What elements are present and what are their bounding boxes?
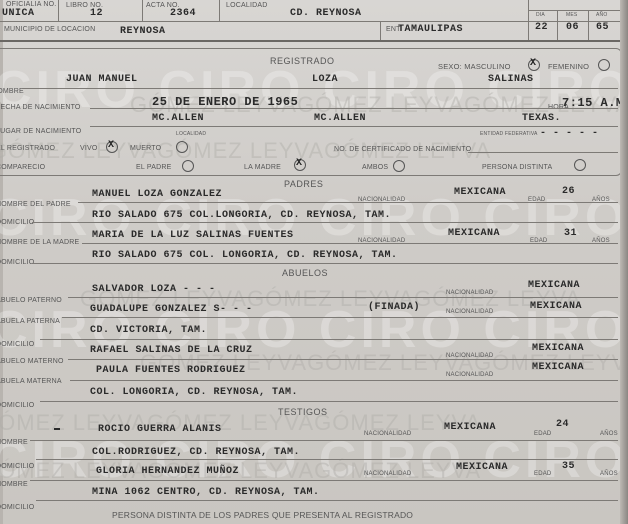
localidad-value: CD. REYNOSA xyxy=(290,8,362,19)
abuela-paterna-note: (FINADA) xyxy=(368,302,420,313)
entidad-value: TAMAULIPAS xyxy=(398,24,463,35)
registrado-apellido-paterno: LOZA xyxy=(312,74,338,85)
madre-nacionalidad: MEXICANA xyxy=(448,228,500,239)
comparecio-label: COMPARECIO xyxy=(0,164,45,171)
abuela-paterna-nacionalidad-label: NACIONALIDAD xyxy=(446,309,493,315)
vivo-label: VIVO xyxy=(80,145,98,152)
abuela-materna-nacionalidad: MEXICANA xyxy=(532,362,584,373)
abuela-materna-label: ABUELA MATERNA xyxy=(0,378,62,385)
abuelo-materno-nacionalidad: MEXICANA xyxy=(532,343,584,354)
abuelo-paterno-nacionalidad-label: NACIONALIDAD xyxy=(446,290,493,296)
testigo1-nombre-label: NOMBRE xyxy=(0,439,28,446)
certificado-label: No. DE CERTIFICADO DE NACIMIENTO xyxy=(334,146,471,153)
oficialia-label: OFICIALIA No. xyxy=(6,1,56,8)
ambos-label: AMBOS xyxy=(362,164,388,171)
madre-domicilio-label: DOMICILIO xyxy=(0,259,34,266)
sexo-masculino-checkbox[interactable] xyxy=(528,59,540,71)
madre-edad: 31 xyxy=(564,228,577,239)
paternos-domicilio-label: DOMICILIO xyxy=(0,341,34,348)
testigos-title: TESTIGOS xyxy=(278,407,328,417)
testigo2-nacionalidad-label: NACIONALIDAD xyxy=(364,471,411,477)
abuela-materna: PAULA FUENTES RODRIGUEZ xyxy=(96,365,246,376)
padres-title: PADRES xyxy=(284,179,323,189)
entidad-sublabel: ENTIDAD FEDERATIVA xyxy=(480,131,538,137)
muerto-checkbox[interactable] xyxy=(176,141,188,153)
testigo1-domicilio-label: DOMICILIO xyxy=(0,463,34,470)
municipio-value: REYNOSA xyxy=(120,26,166,37)
fecha-mes-label: MES xyxy=(566,12,577,18)
el-padre-label: EL PADRE xyxy=(136,164,171,171)
testigo1-domicilio: COL.RODRIGUEZ, CD. REYNOSA, TAM. xyxy=(92,447,300,458)
madre-nombre: MARIA DE LA LUZ SALINAS FUENTES xyxy=(92,230,294,241)
testigo1-nacionalidad: MEXICANA xyxy=(444,422,496,433)
fecha-dia: 22 xyxy=(535,22,548,33)
registrado-presentado-label: EL REGISTRADO xyxy=(0,145,55,152)
abuela-materna-nacionalidad-label: NACIONALIDAD xyxy=(446,372,493,378)
ambos-checkbox[interactable] xyxy=(393,160,405,172)
fecha-ano-label: AÑO xyxy=(596,12,607,18)
nombre-label: NOMBRE xyxy=(0,88,24,95)
lugar-municipio: MC.ALLEN xyxy=(314,113,366,124)
la-madre-label: LA MADRE xyxy=(244,164,281,171)
fecha-dia-label: DIA xyxy=(536,12,545,18)
abuela-paterna-nacionalidad: MEXICANA xyxy=(530,301,582,312)
municipio-label: MUNICIPIO DE LOCACION xyxy=(4,26,95,33)
certificado-value: - - - - - xyxy=(540,128,599,139)
fecha-mes: 06 xyxy=(566,22,579,33)
padre-domicilio-label: DOMICILIO xyxy=(0,219,34,226)
abuelo-paterno-nacionalidad: MEXICANA xyxy=(528,280,580,291)
abuelo-paterno-label: ABUELO PATERNO xyxy=(0,297,62,304)
localidad-sublabel: LOCALIDAD xyxy=(176,131,206,137)
testigo2-nombre-label: NOMBRE xyxy=(0,481,28,488)
persona-distinta-title: PERSONA DISTINTA DE LOS PADRES QUE PRESE… xyxy=(112,510,413,520)
padre-edad: 26 xyxy=(562,186,575,197)
dash-mark xyxy=(54,428,60,430)
fecha-nacimiento: 25 DE ENERO DE 1965 xyxy=(152,95,298,109)
lugar-nacimiento-label: LUGAR DE NACIMIENTO xyxy=(0,128,81,135)
oficialia-value: UNICA xyxy=(2,8,35,19)
fecha-ano: 65 xyxy=(596,22,609,33)
la-madre-checkbox[interactable] xyxy=(294,159,306,171)
sexo-femenino-checkbox[interactable] xyxy=(598,59,610,71)
vivo-checkbox[interactable] xyxy=(106,141,118,153)
lugar-entidad: TEXAS. xyxy=(522,113,561,124)
libro-value: 12 xyxy=(90,8,103,19)
registrado-title: REGISTRADO xyxy=(270,56,335,66)
padre-nacionalidad: MEXICANA xyxy=(454,187,506,198)
padre-domicilio: RIO SALADO 675 COL.LONGORIA, CD. REYNOSA… xyxy=(92,210,391,221)
testigo2-nombre: GLORIA HERNANDEZ MUÑOZ xyxy=(96,466,239,477)
fecha-nacimiento-label: FECHA DE NACIMIENTO xyxy=(0,104,81,111)
testigo2-edad: 35 xyxy=(562,461,575,472)
testigo1-anos-label: AÑOS xyxy=(600,431,618,437)
abuelo-materno-label: ABUELO MATERNO xyxy=(0,358,64,365)
persona-distinta-checkbox[interactable] xyxy=(574,159,586,171)
abuelo-paterno: SALVADOR LOZA - - - xyxy=(92,284,216,295)
birth-certificate: CIRO CIRO CIRO CIRO CIRO CIRO GÓMEZ LEYV… xyxy=(0,0,628,524)
testigo2-nacionalidad: MEXICANA xyxy=(456,462,508,473)
testigo2-edad-label: EDAD xyxy=(534,471,551,477)
padre-label: NOMBRE DEL PADRE xyxy=(0,201,71,208)
persona-distinta-label: PERSONA DISTINTA xyxy=(482,164,552,171)
testigo1-edad-label: EDAD xyxy=(534,431,551,437)
sexo-femenino-label: FEMENINO xyxy=(548,62,589,71)
testigo1-nacionalidad-label: NACIONALIDAD xyxy=(364,431,411,437)
abuelo-materno: RAFAEL SALINAS DE LA CRUZ xyxy=(90,345,253,356)
testigo1-nombre: ROCIO GUERRA ALANIS xyxy=(98,424,222,435)
registrado-nombre: JUAN MANUEL xyxy=(66,74,138,85)
madre-label: NOMBRE DE LA MADRE xyxy=(0,239,79,246)
abuela-paterna: GUADALUPE GONZALEZ S- - - xyxy=(90,304,253,315)
testigo2-domicilio-label: DOMICILIO xyxy=(0,504,34,511)
testigo2-domicilio: MINA 1062 CENTRO, CD. REYNOSA, TAM. xyxy=(92,487,320,498)
el-padre-checkbox[interactable] xyxy=(182,160,194,172)
testigo1-edad: 24 xyxy=(556,419,569,430)
paternos-domicilio: CD. VICTORIA, TAM. xyxy=(90,325,207,336)
lugar-localidad: MC.ALLEN xyxy=(152,113,204,124)
testigo2-anos-label: AÑOS xyxy=(600,471,618,477)
watermark: CIRO CIRO CIRO CIRO CIRO CIRO xyxy=(0,430,628,490)
abuelos-title: ABUELOS xyxy=(282,268,328,278)
muerto-label: MUERTO xyxy=(130,145,161,152)
acta-value: 2364 xyxy=(170,8,196,19)
madre-domicilio: RIO SALADO 675 COL. LONGORIA, CD. REYNOS… xyxy=(92,250,398,261)
maternos-domicilio-label: DOMICILIO xyxy=(0,402,34,409)
localidad-label: LOCALIDAD xyxy=(226,2,267,9)
maternos-domicilio: COL. LONGORIA, CD. REYNOSA, TAM. xyxy=(90,387,298,398)
sexo-masculino-label: SEXO: MASCULINO xyxy=(438,62,511,71)
padre-nombre: MANUEL LOZA GONZALEZ xyxy=(92,189,222,200)
registrado-apellido-materno: SALINAS xyxy=(488,74,534,85)
abuela-paterna-label: ABUELA PATERNA xyxy=(0,318,60,325)
